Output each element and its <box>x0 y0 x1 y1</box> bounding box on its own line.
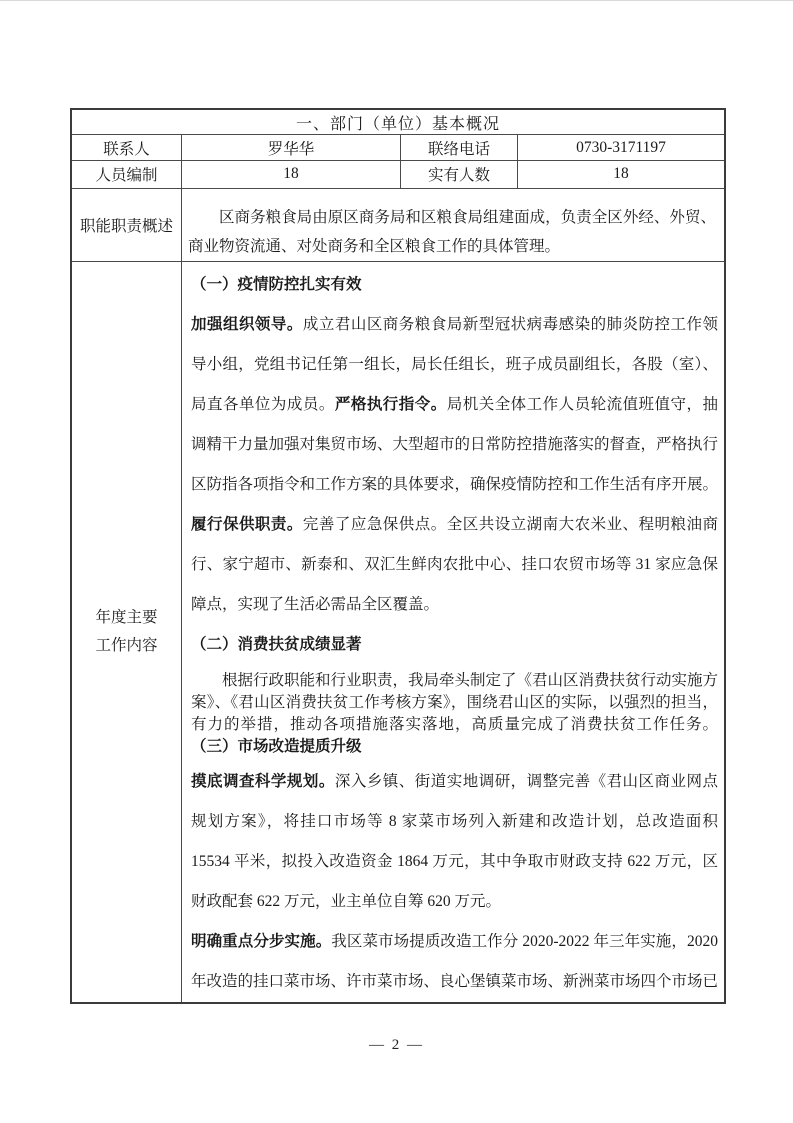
actual-staff-value: 18 <box>518 161 724 188</box>
bold-run: 履行保供职责。 <box>191 516 303 533</box>
bold-run: 严格执行指令。 <box>335 396 447 413</box>
duty-overview-label: 职能职责概述 <box>72 189 182 261</box>
work-paragraph: 加强组织领导。成立君山区商务粮食局新型冠状病毒感染的肺炎防控工作领导小组，党组书… <box>191 305 718 505</box>
annual-content: （一）疫情防控扎实有效加强组织领导。成立君山区商务粮食局新型冠状病毒感染的肺炎防… <box>182 262 724 1002</box>
department-report-table: 一、部门（单位）基本概况 联系人 罗华华 联络电话 0730-3171197 人… <box>70 108 726 1004</box>
contact-phone-value: 0730-3171197 <box>518 135 724 159</box>
annual-work-label-line1: 年度主要 <box>95 604 157 632</box>
text-run: 深入乡镇、街道实地调研，调整完善《君山区商业网点规划方案》，将挂口市场等 8 家… <box>191 773 718 910</box>
document-page: 一、部门（单位）基本概况 联系人 罗华华 联络电话 0730-3171197 人… <box>0 0 793 1123</box>
annual-work-row: 年度主要 工作内容 （一）疫情防控扎实有效加强组织领导。成立君山区商务粮食局新型… <box>72 262 724 1002</box>
duty-overview-cell: 区商务粮食局由原区商务局和区粮食局组建面成，负责全区外经、外贸、商业物资流通、对… <box>182 189 724 261</box>
bold-run: 加强组织领导。 <box>191 316 303 333</box>
work-paragraph: 履行保供职责。完善了应急保供点。全区共设立湖南大农米业、程明粮油商行、家宁超市、… <box>191 505 718 625</box>
duty-overview-text: 区商务粮食局由原区商务局和区粮食局组建面成，负责全区外经、外贸、商业物资流通、对… <box>188 203 716 261</box>
contact-person-label: 联系人 <box>72 135 182 159</box>
staff-quota-label: 人员编制 <box>72 161 182 188</box>
work-paragraph: （一）疫情防控扎实有效 <box>191 265 718 305</box>
annual-work-label-line2: 工作内容 <box>95 632 157 660</box>
bold-run: （三）市场改造提质升级 <box>191 738 362 755</box>
work-paragraph: 明确重点分步实施。我区菜市场提质改造工作分 2020-2022 年三年实施，20… <box>191 922 718 1002</box>
table-row: 联系人 罗华华 联络电话 0730-3171197 <box>72 135 724 160</box>
contact-phone-label: 联络电话 <box>401 135 518 159</box>
work-paragraph: （二）消费扶贫成绩显著 <box>191 625 718 665</box>
text-run: 根据行政职能和行业职责，我局牵头制定了《君山区消费扶贫行动实施方案》、《君山区消… <box>191 672 718 733</box>
actual-staff-label: 实有人数 <box>401 161 518 188</box>
bold-run: 摸底调查科学规划。 <box>191 773 335 790</box>
annual-work-label: 年度主要 工作内容 <box>72 262 182 1002</box>
table-row: 人员编制 18 实有人数 18 <box>72 161 724 189</box>
contact-person-value: 罗华华 <box>182 135 401 159</box>
duty-overview-row: 职能职责概述 区商务粮食局由原区商务局和区粮食局组建面成，负责全区外经、外贸、商… <box>72 189 724 262</box>
table-title: 一、部门（单位）基本概况 <box>72 110 724 134</box>
bold-run: （二）消费扶贫成绩显著 <box>191 636 362 653</box>
page-number: — 2 — <box>0 1037 793 1054</box>
work-paragraph: 根据行政职能和行业职责，我局牵头制定了《君山区消费扶贫行动实施方案》、《君山区消… <box>191 670 718 758</box>
work-paragraph: 摸底调查科学规划。深入乡镇、街道实地调研，调整完善《君山区商业网点规划方案》，将… <box>191 762 718 922</box>
table-title-row: 一、部门（单位）基本概况 <box>72 110 724 135</box>
staff-quota-value: 18 <box>182 161 401 188</box>
bold-run: （一）疫情防控扎实有效 <box>191 276 362 293</box>
bold-run: 明确重点分步实施。 <box>191 933 331 950</box>
